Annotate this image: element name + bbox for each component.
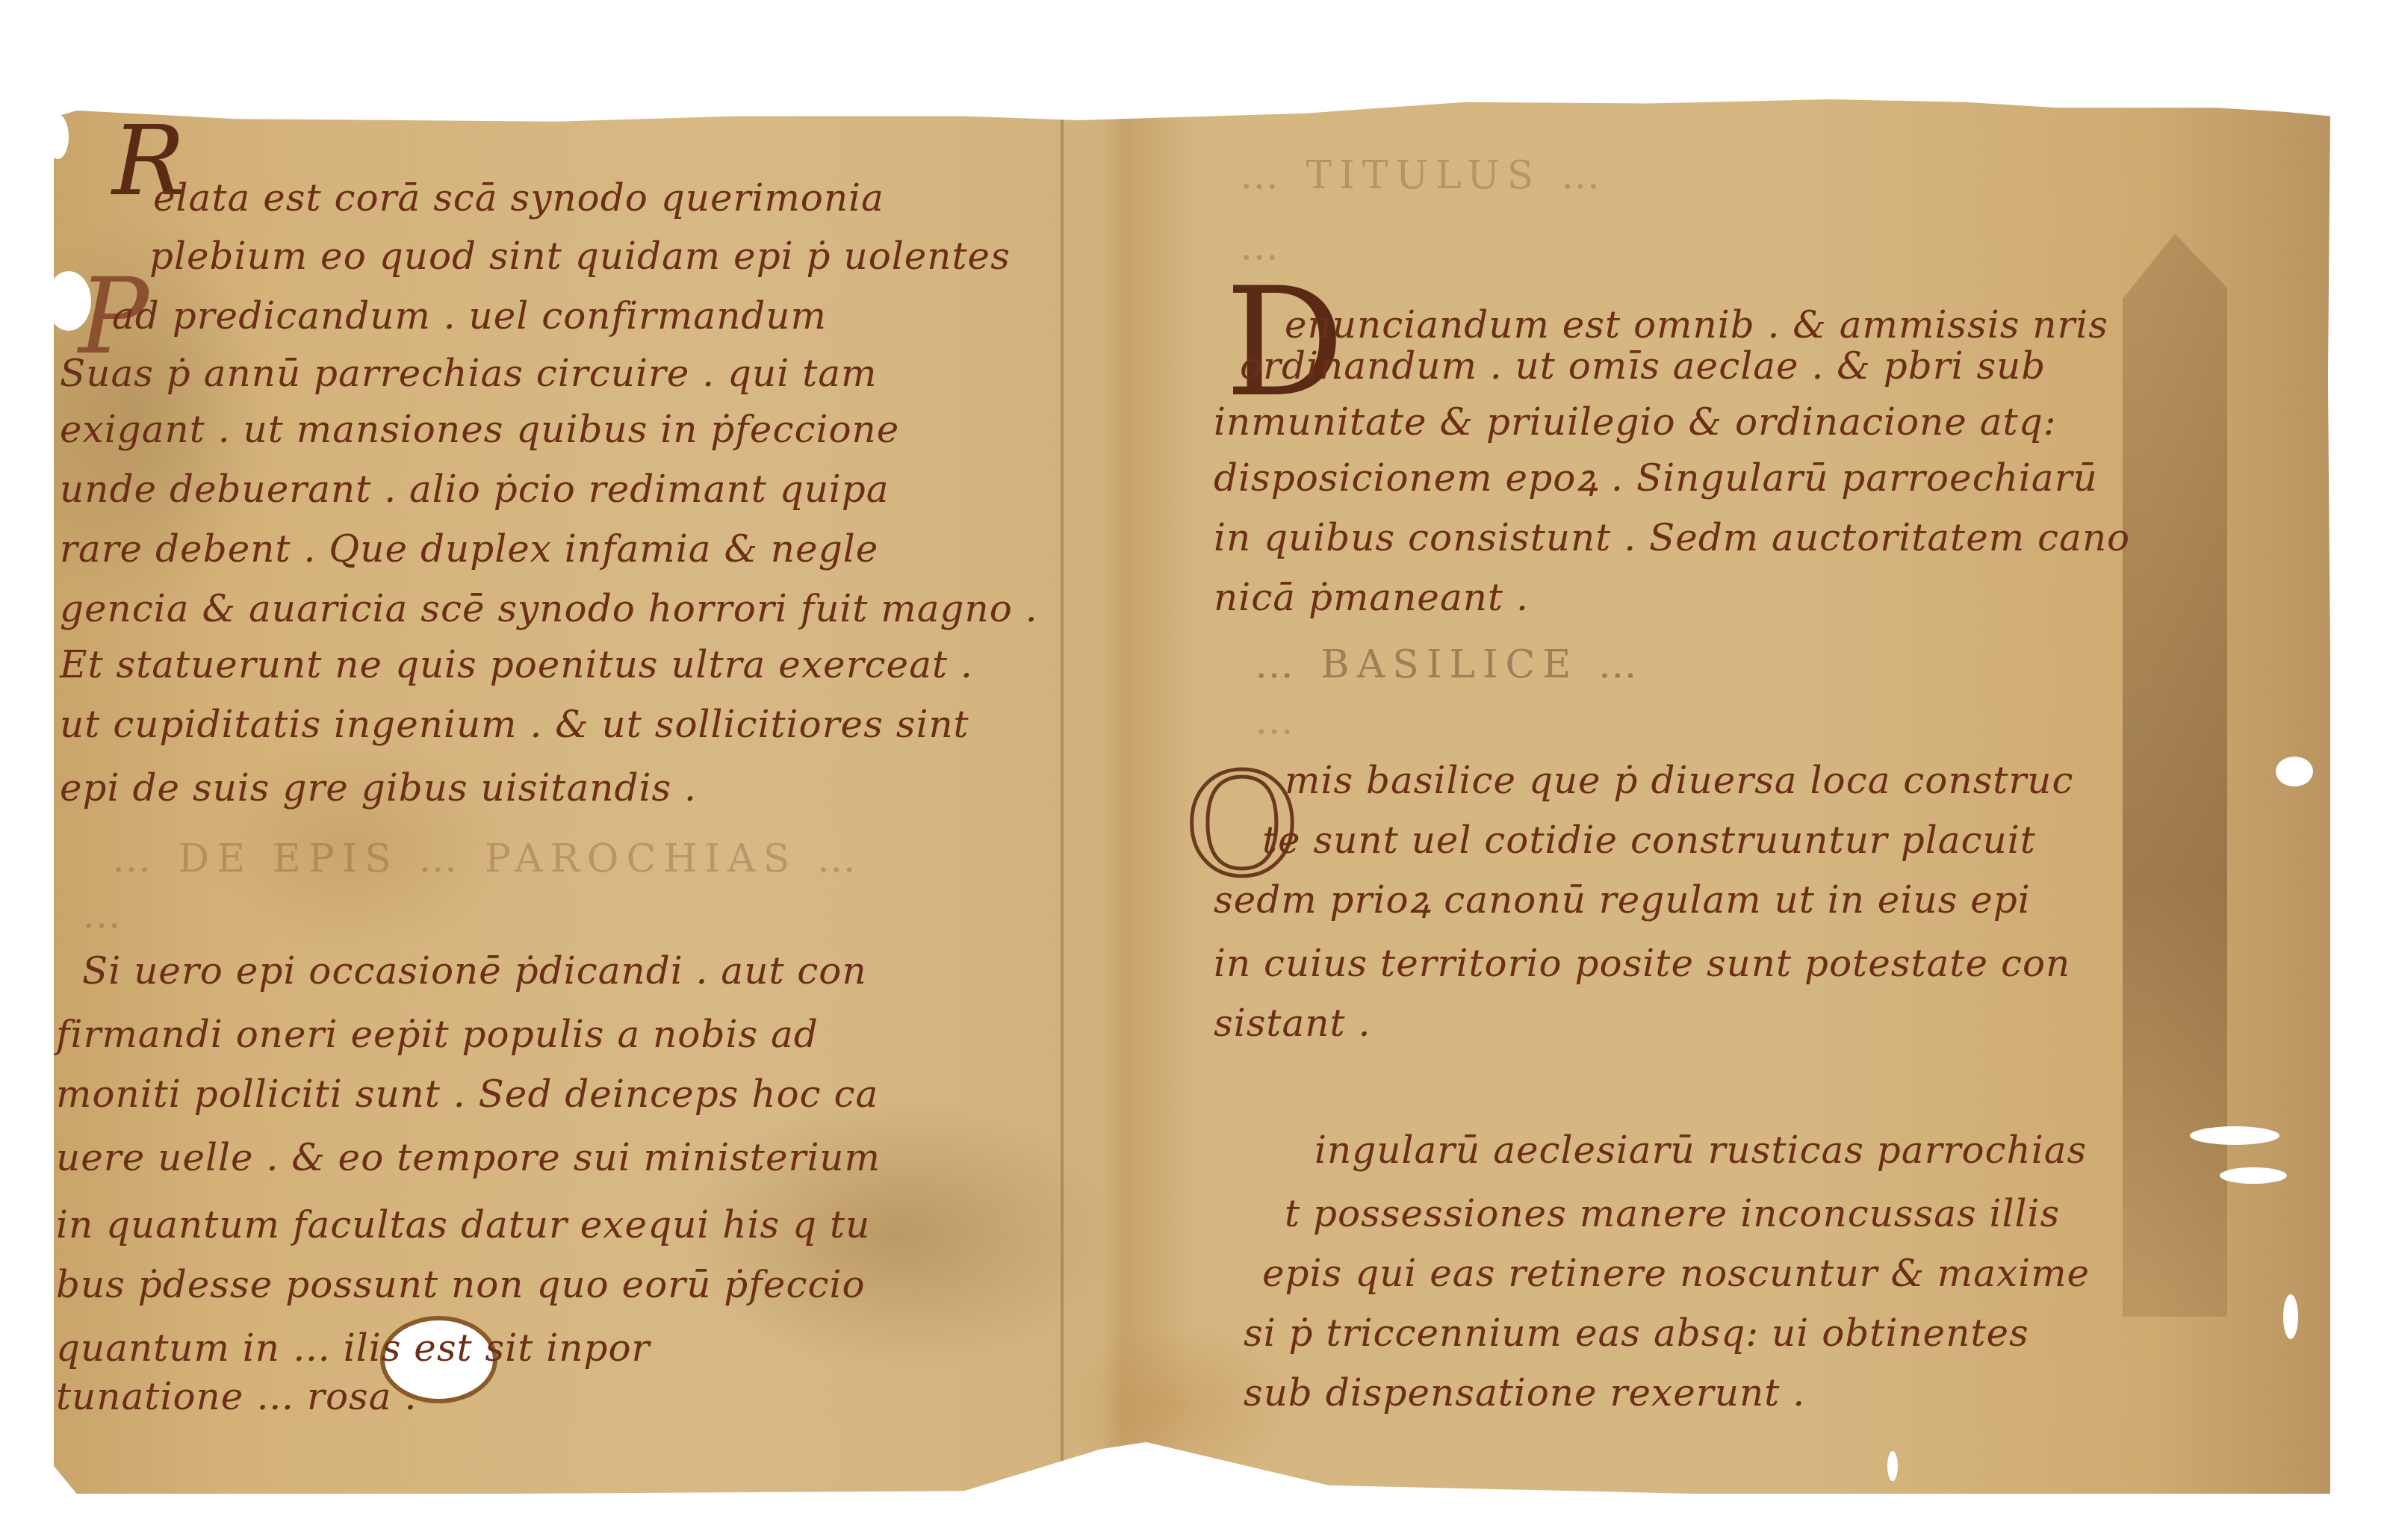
edge-tear <box>46 114 69 159</box>
text-line: in quibus consistunt . Sedm auctoritatem… <box>1214 519 2130 556</box>
text-line: mis basilice que ṗ diuersa loca construc <box>1285 762 2074 799</box>
text-line: bus ṗdesse possunt non quo eorū ṗfeccio <box>56 1266 865 1303</box>
text-line: tunatione … rosa . <box>56 1378 417 1415</box>
faded-rubric: … TITULUS … <box>1240 153 1607 198</box>
text-line: sedm prioꝝ canonū regulam ut in eius epi <box>1214 881 2031 919</box>
text-line: Et statuerunt ne quis poenitus ultra exe… <box>60 646 973 683</box>
text-line: ut cupiditatis ingenium . & ut solliciti… <box>60 706 969 743</box>
text-line: plebium eo quod sint quidam epi ṗ uolent… <box>149 237 1011 275</box>
text-line: enunciandum est omnib . & ammissis nris <box>1285 306 2108 344</box>
text-line: gencia & auaricia scē synodo horrori fui… <box>60 590 1038 627</box>
text-line: inmunitate & priuilegio & ordinacione at… <box>1214 403 2057 441</box>
text-line: te sunt uel cotidie construuntur placuit <box>1262 822 2036 859</box>
text-line: moniti polliciti sunt . Sed deinceps hoc… <box>56 1075 878 1113</box>
text-line: epis qui eas retinere noscuntur & maxime <box>1262 1255 2090 1292</box>
text-line: sistant . <box>1214 1005 1371 1042</box>
faded-rubric: … <box>1255 698 1301 743</box>
text-line: Suas ṗ annū parrechias circuire . qui ta… <box>60 355 877 392</box>
edge-tear <box>2276 757 2313 786</box>
edge-tear <box>2283 1294 2298 1339</box>
text-line: ingularū aeclesiarū rusticas parrochias <box>1314 1131 2087 1169</box>
text-line: uere uelle . & eo tempore sui ministeriu… <box>56 1139 881 1176</box>
edge-tear <box>1887 1451 1898 1481</box>
text-line: ordinandum . ut omīs aeclae . & pbri sub <box>1240 347 2046 385</box>
text-line: firmandi oneri eeṗit populis a nobis ad <box>56 1016 819 1053</box>
text-line: ad predicandum . uel confirmandum <box>112 297 827 335</box>
faded-rubric: … DE EPIS … PAROCHIAS … <box>112 836 863 881</box>
edge-tear <box>2220 1167 2287 1184</box>
text-line: in quantum facultas datur exequi his q t… <box>56 1206 870 1244</box>
text-line: si ṗ triccennium eas absq: ui obtinentes <box>1244 1314 2029 1352</box>
water-stain <box>2123 234 2227 1317</box>
center-fold <box>1061 99 1064 1494</box>
text-line: exigant . ut mansiones quibus in ṗfeccio… <box>60 411 899 448</box>
text-line: unde debuerant . alio ṗcio redimant quip… <box>60 471 890 508</box>
text-line: elata est corā scā synodo querimonia <box>153 179 884 217</box>
text-line: nicā ṗmaneant . <box>1214 579 1529 616</box>
text-line: sub dispensatione rexerunt . <box>1244 1374 1805 1412</box>
faded-rubric: … <box>82 892 128 937</box>
faded-rubric: … BASILICE … <box>1255 642 1645 687</box>
text-line: Si uero epi occasionē ṗdicandi . aut con <box>82 952 867 990</box>
text-line: rare debent . Que duplex infamia & negle <box>60 530 878 568</box>
text-line: t possessiones manere inconcussas illis <box>1285 1195 2060 1232</box>
edge-tear <box>2190 1126 2279 1145</box>
text-line: epi de suis gre gibus uisitandis . <box>60 769 697 807</box>
text-line: in cuius territorio posite sunt potestat… <box>1214 945 2070 982</box>
text-line: quantum in … ilis est sit inpor <box>56 1329 650 1367</box>
text-line: disposicionem epoꝝ . Singularū parroechi… <box>1214 459 2098 497</box>
